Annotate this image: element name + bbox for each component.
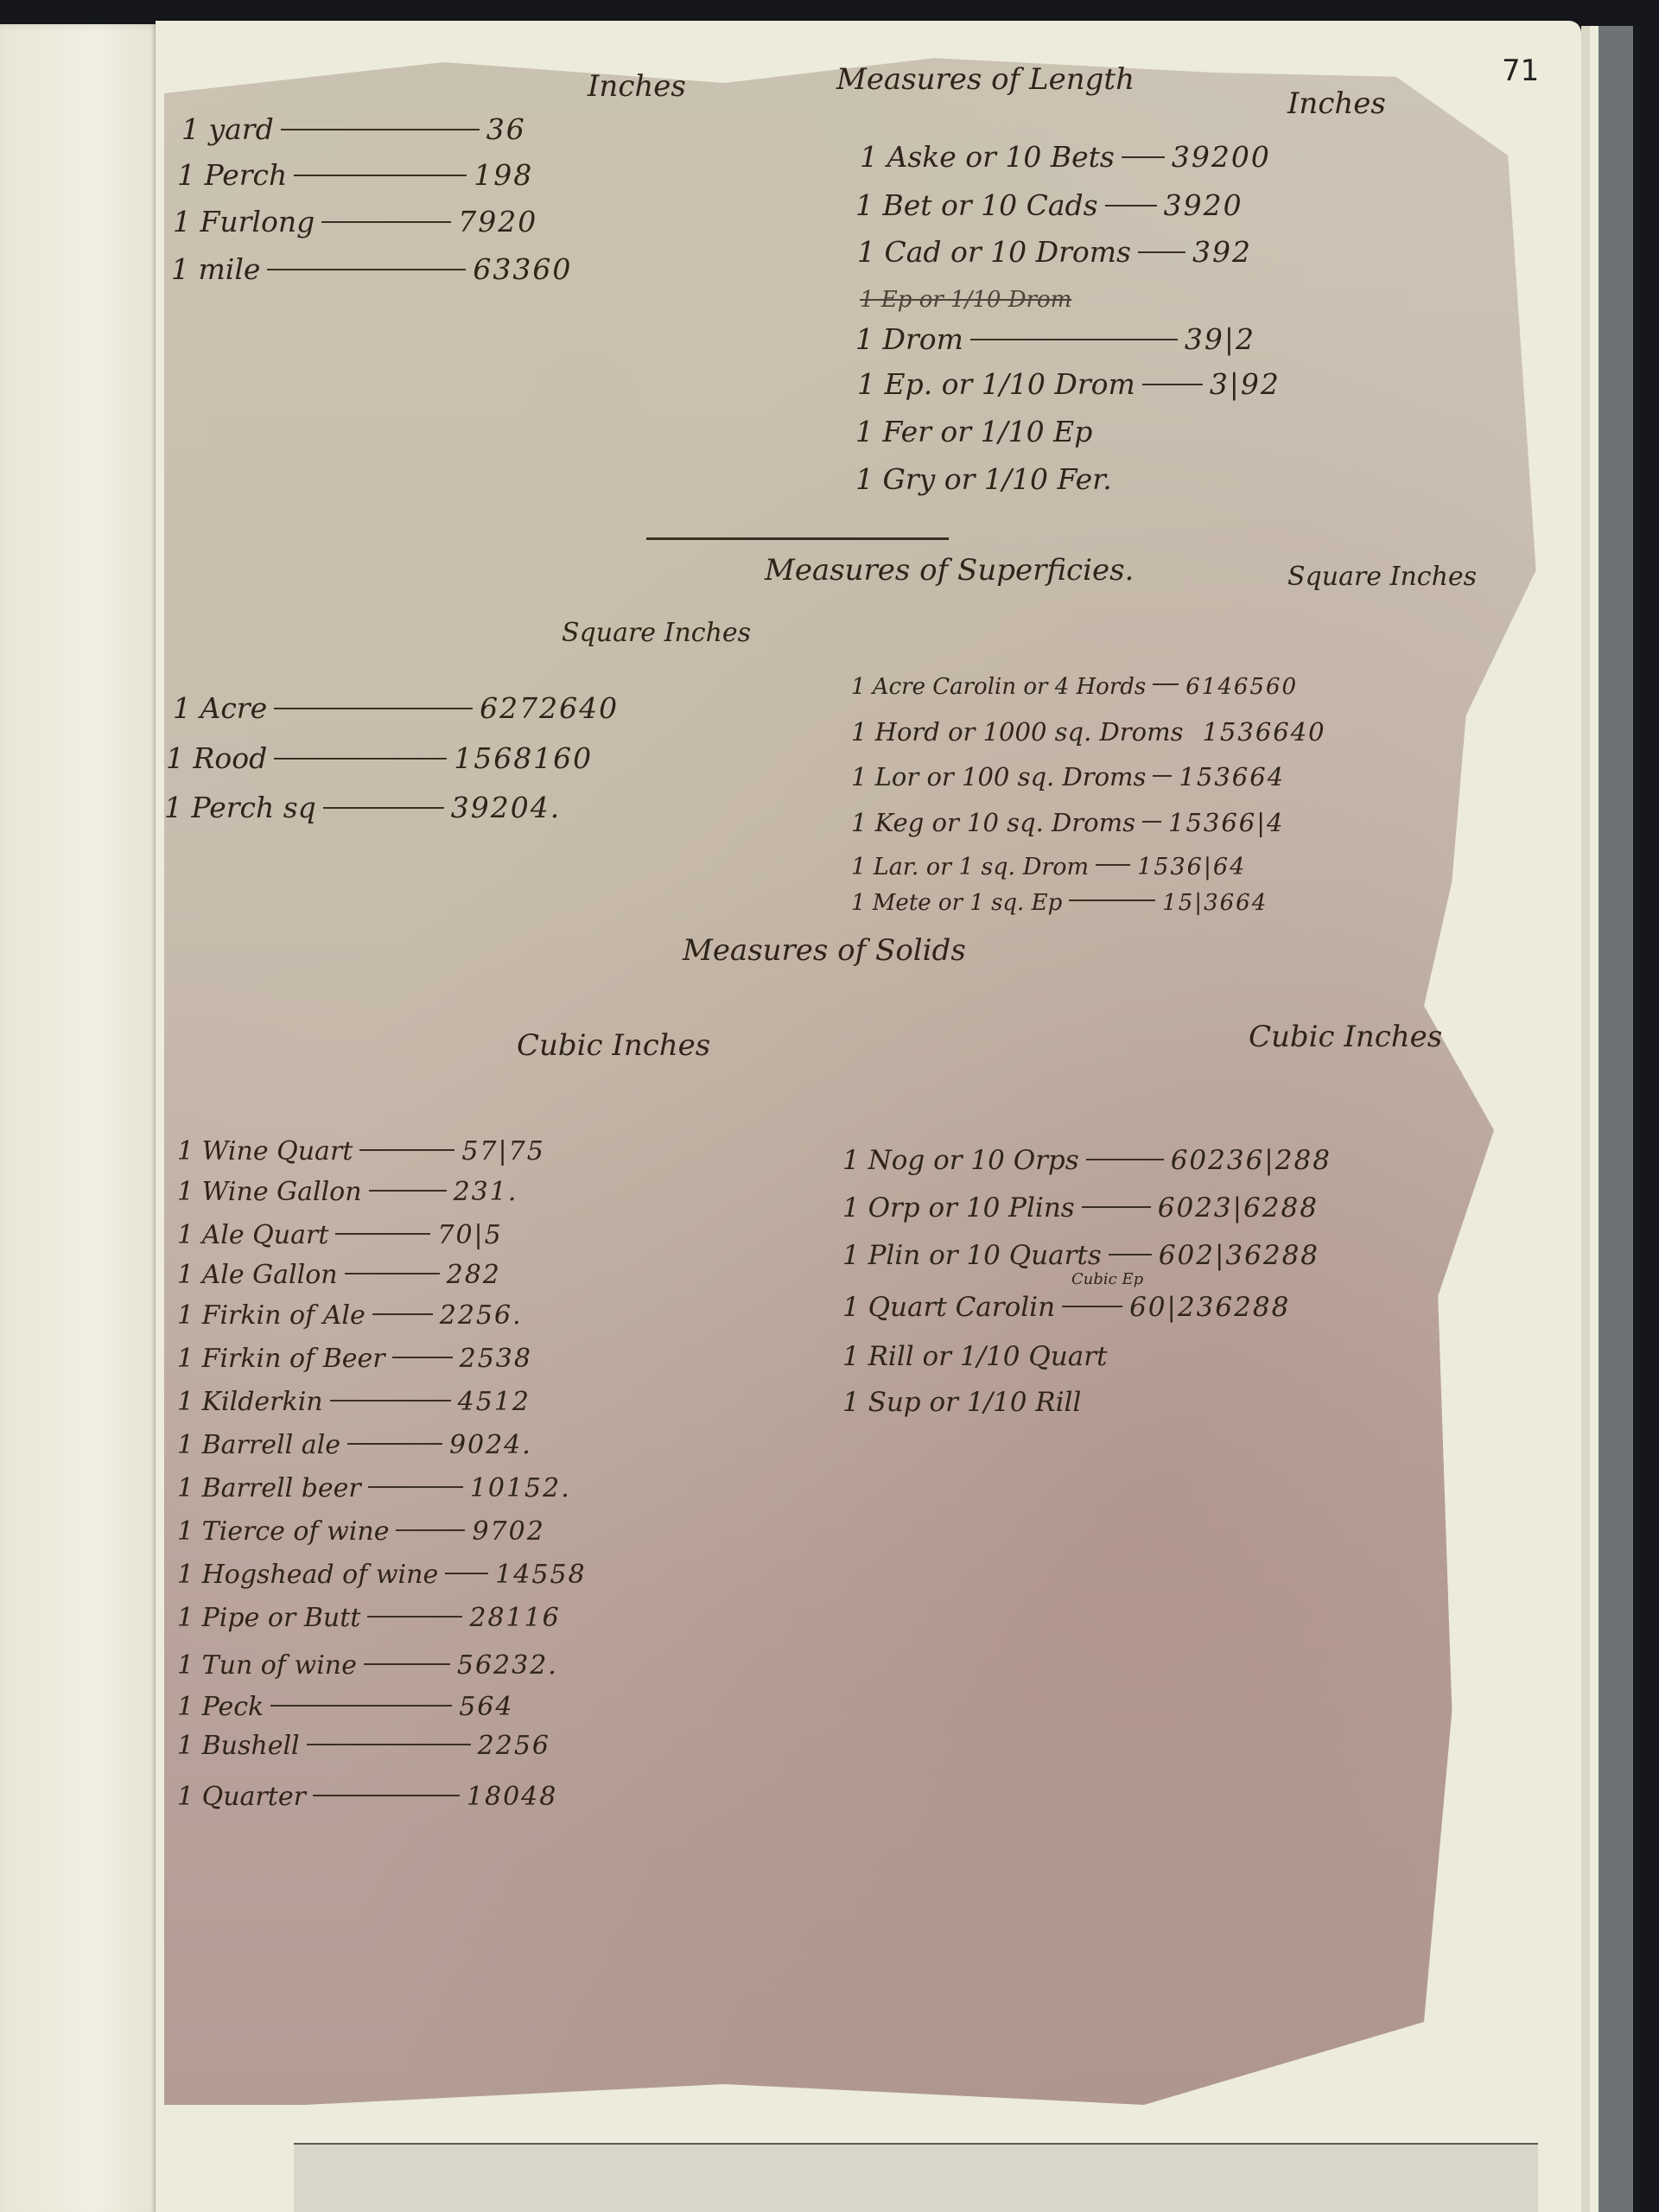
manuscript-page	[164, 52, 1564, 2126]
row-label: 1 Lor or 100 sq. Droms	[851, 762, 1146, 791]
row-value: 39204.	[451, 791, 561, 824]
leader-line	[1142, 821, 1161, 823]
row-value: 60236|288	[1171, 1145, 1332, 1176]
table-row: 1 Acre6272640	[173, 691, 619, 725]
table-row: 1 Gry or 1/10 Fer.	[855, 462, 1112, 496]
table-row: 1 Perch sq39204.	[164, 791, 561, 824]
table-row: 1 Pipe or Butt28116	[177, 1603, 561, 1633]
row-label: 1 Barrell beer	[177, 1473, 361, 1503]
leader-line	[1122, 156, 1165, 158]
table-row: 1 Ale Quart70|5	[177, 1220, 503, 1250]
table-row: 1 Quarter18048	[177, 1782, 557, 1812]
row-value: 28116	[469, 1603, 560, 1633]
leader-line	[364, 1663, 450, 1665]
row-label: 1 Peck	[177, 1692, 264, 1722]
superficies-left-header: Square Inches	[562, 618, 751, 648]
solids-right-header: Cubic Inches	[1249, 1020, 1442, 1054]
row-label: 1 Quarter	[177, 1782, 306, 1812]
table-row: 1 Plin or 10 Quarts602|36288	[842, 1240, 1319, 1271]
table-row: 1 Sup or 1/10 Rill	[842, 1387, 1081, 1418]
row-value: 231.	[454, 1177, 518, 1207]
binding-edge	[1581, 26, 1633, 2212]
leader-line	[1082, 1206, 1151, 1208]
row-value: 1536|64	[1137, 854, 1246, 880]
row-label: 1 Ep or 1/10 Drom	[860, 287, 1071, 313]
row-value: 1536640	[1202, 717, 1325, 747]
row-label: 1 Drom	[855, 322, 963, 356]
leader-line	[372, 1313, 433, 1315]
table-row: 1 Hogshead of wine14558	[177, 1560, 587, 1590]
length-right-header: Inches	[1287, 86, 1386, 121]
leader-line	[1069, 899, 1155, 901]
table-row: 1 Rill or 1/10 Quart	[842, 1341, 1107, 1372]
row-value: 282	[447, 1260, 501, 1290]
table-row: 1 Firkin of Beer2538	[177, 1344, 532, 1374]
row-label: 1 Ale Quart	[177, 1220, 328, 1250]
row-value: 14558	[495, 1560, 586, 1590]
row-label: 1 Wine Gallon	[177, 1177, 362, 1207]
solids-title: Measures of Solids	[683, 933, 966, 968]
row-label: 1 Hord or 1000 sq. Droms	[851, 717, 1183, 747]
leader-line	[313, 1795, 460, 1796]
table-row: 1 Quart Carolin60|236288	[842, 1292, 1290, 1323]
leader-line	[369, 1190, 447, 1192]
facing-blank-leaf	[0, 24, 173, 2212]
length-title: Measures of Length	[836, 62, 1135, 97]
row-label: 1 Quart Carolin	[842, 1292, 1055, 1323]
row-value: 1568160	[454, 741, 593, 775]
leader-line	[1062, 1306, 1122, 1307]
row-value: 9024.	[449, 1430, 532, 1460]
row-value: 6146560	[1185, 674, 1298, 700]
table-row: 1 Cad or 10 Droms392	[857, 235, 1252, 269]
row-value: 153664	[1179, 762, 1285, 791]
table-row: 1 Tun of wine56232.	[177, 1650, 558, 1681]
row-label: 1 Rood	[166, 741, 267, 775]
table-row: 1 Barrell beer10152.	[177, 1473, 571, 1503]
table-row: 1 Wine Quart57|75	[177, 1136, 545, 1166]
superficies-right-header: Square Inches	[1287, 562, 1477, 592]
leader-line	[270, 1705, 452, 1707]
leader-line	[1142, 384, 1203, 385]
leader-line	[330, 1400, 451, 1402]
row-label: 1 Sup or 1/10 Rill	[842, 1387, 1081, 1418]
leader-line	[281, 129, 480, 130]
leader-line	[970, 339, 1178, 340]
row-label: 1 Bushell	[177, 1731, 300, 1761]
table-row: 1 yard36	[181, 112, 526, 146]
row-value: 2256.	[440, 1300, 523, 1331]
table-row: 1 Perch198	[177, 158, 533, 192]
row-label: 1 Orp or 10 Plins	[842, 1192, 1075, 1224]
table-row: 1 Barrell ale9024.	[177, 1430, 532, 1460]
leader-line	[1153, 775, 1172, 777]
table-row: 1 Wine Gallon231.	[177, 1177, 518, 1207]
leader-line	[359, 1149, 454, 1151]
row-value: 60|236288	[1129, 1292, 1290, 1323]
row-value: 2256	[478, 1731, 550, 1761]
row-label: 1 Ep. or 1/10 Drom	[857, 367, 1135, 401]
row-value: 6272640	[480, 691, 619, 725]
solids-left-header: Cubic Inches	[517, 1028, 710, 1063]
table-row: 1 Acre Carolin or 4 Hords6146560	[851, 674, 1298, 700]
row-label: 1 Acre Carolin or 4 Hords	[851, 674, 1146, 700]
leader-line	[347, 1443, 442, 1445]
row-label: 1 Lar. or 1 sq. Drom	[851, 854, 1089, 880]
row-label: 1 Barrell ale	[177, 1430, 340, 1460]
row-label: 1 Firkin of Beer	[177, 1344, 385, 1374]
leader-line	[335, 1233, 430, 1235]
table-row: 1 Kilderkin4512	[177, 1387, 531, 1417]
row-value: 15|3664	[1162, 890, 1268, 916]
table-row: 1 Nog or 10 Orps60236|288	[842, 1145, 1332, 1176]
row-label: 1 Hogshead of wine	[177, 1560, 438, 1590]
row-label: 1 Mete or 1 sq. Ep	[851, 890, 1062, 916]
row-value: 63360	[473, 252, 572, 286]
row-label: 1 Rill or 1/10 Quart	[842, 1341, 1107, 1372]
table-row: 1 Fer or 1/10 Ep	[855, 415, 1092, 448]
row-label: 1 Gry or 1/10 Fer.	[855, 462, 1112, 496]
leader-line	[367, 1616, 462, 1618]
row-label: 1 Wine Quart	[177, 1136, 353, 1166]
row-label: 1 Aske or 10 Bets	[860, 140, 1115, 174]
row-value: 6023|6288	[1158, 1192, 1319, 1224]
row-value: 3920	[1164, 188, 1243, 222]
row-value: 56232.	[457, 1650, 558, 1681]
row-label: 1 Pipe or Butt	[177, 1603, 360, 1633]
folio-number: 71	[1502, 54, 1539, 88]
row-value: 39|2	[1185, 322, 1255, 356]
table-row: 1 Ale Gallon282	[177, 1260, 501, 1290]
row-value: 2538	[460, 1344, 532, 1374]
row-value: 15366|4	[1168, 808, 1284, 837]
leader-line	[368, 1486, 463, 1488]
leader-line	[267, 269, 466, 270]
table-row: 1 mile63360	[171, 252, 572, 286]
leader-line	[1153, 683, 1179, 685]
leader-line	[1096, 864, 1130, 866]
table-row: 1 Lar. or 1 sq. Drom1536|64	[851, 854, 1246, 880]
row-label: 1 Furlong	[173, 205, 315, 238]
table-row: 1 Drom39|2	[855, 322, 1255, 356]
table-row: 1 Lor or 100 sq. Droms153664	[851, 762, 1285, 791]
interlinear-annotation: Cubic Ep	[1071, 1270, 1143, 1288]
table-row: 1 Bet or 10 Cads3920	[855, 188, 1243, 222]
row-value: 7920	[458, 205, 537, 238]
table-row: 1 Aske or 10 Bets39200	[860, 140, 1271, 174]
row-label: 1 Bet or 10 Cads	[855, 188, 1098, 222]
leader-line	[274, 708, 473, 709]
leader-line	[1105, 205, 1157, 207]
row-label: 1 Keg or 10 sq. Droms	[851, 808, 1135, 837]
row-label: 1 Kilderkin	[177, 1387, 323, 1417]
leader-line	[294, 175, 467, 176]
row-value: 70|5	[437, 1220, 502, 1250]
table-row: 1 Hord or 1000 sq. Droms1536640	[851, 717, 1326, 747]
underlying-leaf	[294, 2143, 1538, 2212]
row-value: 18048	[467, 1782, 557, 1812]
table-row: 1 Keg or 10 sq. Droms15366|4	[851, 808, 1284, 837]
leader-line	[396, 1529, 465, 1531]
row-value: 564	[459, 1692, 513, 1722]
leader-line	[1086, 1159, 1164, 1160]
row-value: 4512	[458, 1387, 531, 1417]
row-label: 1 Nog or 10 Orps	[842, 1145, 1079, 1176]
row-label: 1 Fer or 1/10 Ep	[855, 415, 1092, 448]
leader-line	[307, 1744, 471, 1745]
row-value: 36	[486, 112, 526, 146]
row-value: 602|36288	[1159, 1240, 1319, 1271]
row-label: 1 mile	[171, 252, 260, 286]
table-row: 1 Firkin of Ale2256.	[177, 1300, 523, 1331]
section-divider	[646, 537, 949, 540]
row-label: 1 Plin or 10 Quarts	[842, 1240, 1102, 1271]
row-label: 1 Tun of wine	[177, 1650, 357, 1681]
row-value: 392	[1192, 235, 1252, 269]
row-label: 1 Perch sq	[164, 791, 316, 824]
superficies-title: Measures of Superficies.	[765, 553, 1134, 588]
leader-line	[1138, 251, 1185, 253]
length-left-header: Inches	[588, 69, 686, 104]
row-label: 1 Tierce of wine	[177, 1516, 389, 1547]
leader-line	[323, 807, 444, 809]
leader-line	[1109, 1254, 1152, 1255]
leader-line	[392, 1357, 453, 1358]
leader-line	[274, 758, 447, 760]
row-label: 1 Firkin of Ale	[177, 1300, 365, 1331]
row-label: 1 Perch	[177, 158, 287, 192]
row-value: 198	[474, 158, 533, 192]
table-row: 1 Peck564	[177, 1692, 513, 1722]
table-row: 1 Tierce of wine9702	[177, 1516, 545, 1547]
leader-line	[445, 1573, 488, 1574]
table-row: 1 Ep. or 1/10 Drom3|92	[857, 367, 1281, 401]
table-row: 1 Orp or 10 Plins6023|6288	[842, 1192, 1319, 1224]
row-label: 1 Ale Gallon	[177, 1260, 338, 1290]
row-label: 1 Acre	[173, 691, 267, 725]
row-value: 3|92	[1210, 367, 1281, 401]
table-row: 1 Furlong7920	[173, 205, 537, 238]
row-label: 1 yard	[181, 112, 274, 146]
table-row: 1 Mete or 1 sq. Ep15|3664	[851, 890, 1268, 916]
row-value: 39200	[1172, 140, 1271, 174]
row-value: 57|75	[461, 1136, 544, 1166]
row-label: 1 Cad or 10 Droms	[857, 235, 1131, 269]
row-value: 9702	[472, 1516, 544, 1547]
table-row: 1 Rood1568160	[166, 741, 593, 775]
table-row: 1 Bushell2256	[177, 1731, 550, 1761]
struck-row: 1 Ep or 1/10 Drom	[860, 287, 1071, 313]
row-value: 10152.	[470, 1473, 571, 1503]
leader-line	[321, 221, 451, 223]
leader-line	[345, 1273, 440, 1274]
